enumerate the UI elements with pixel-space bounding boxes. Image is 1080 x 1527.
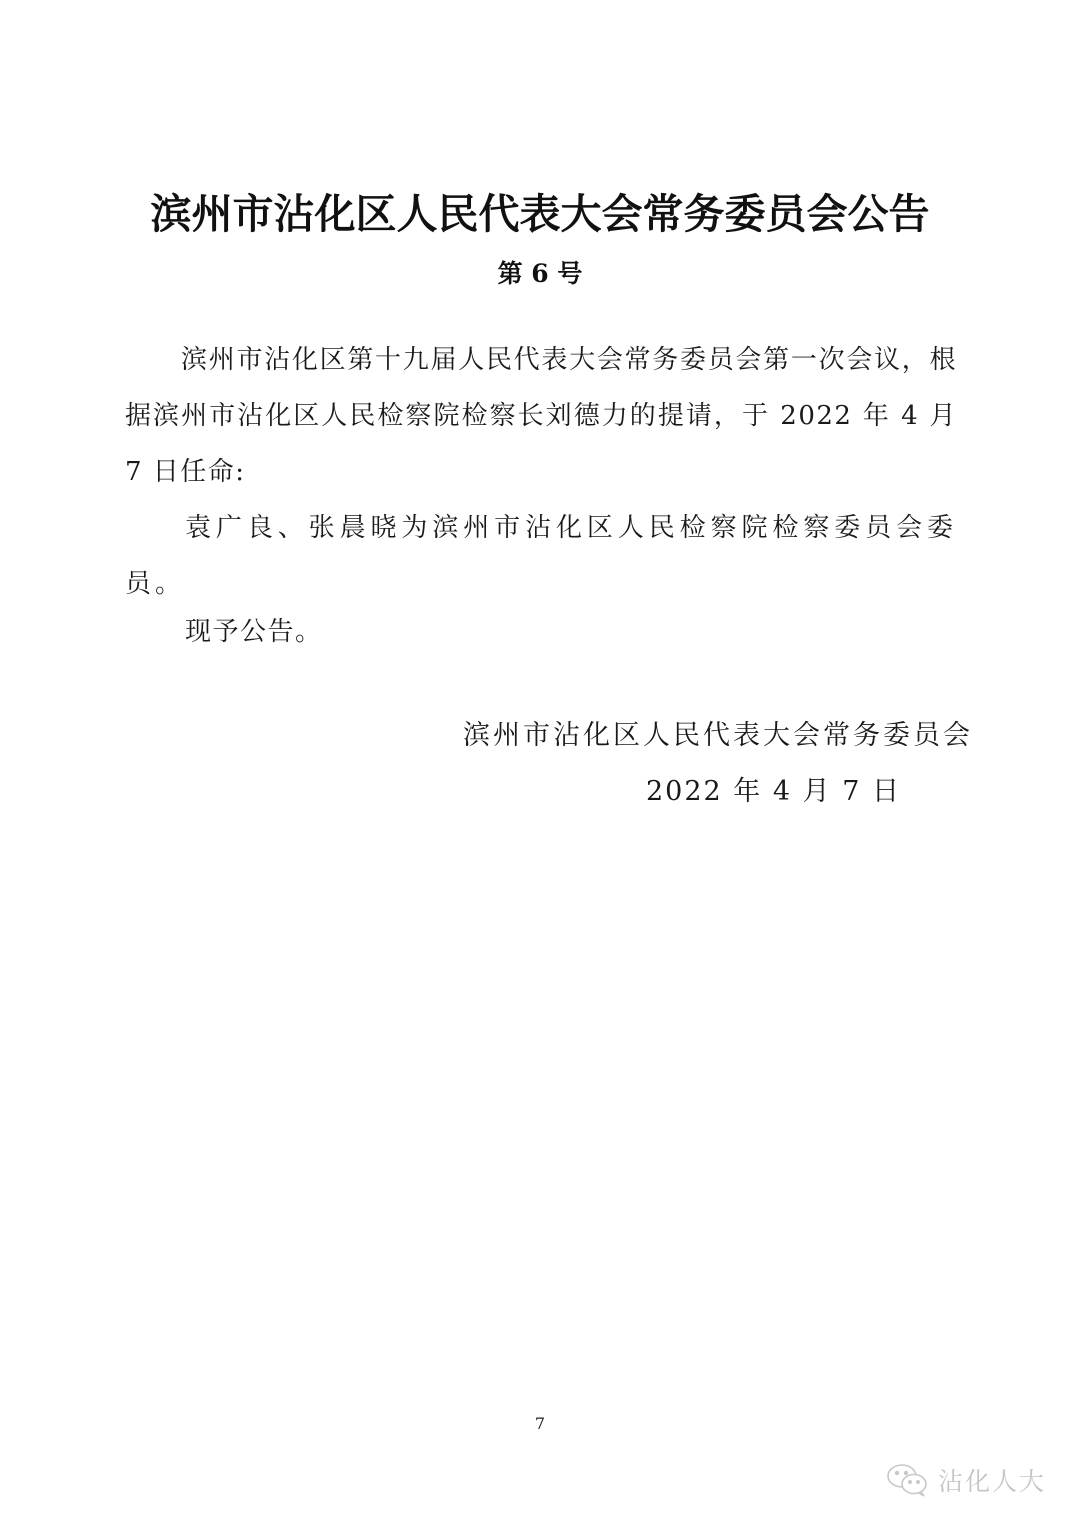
body-paragraph-closing: 现予公告。	[125, 604, 957, 660]
wechat-icon	[886, 1463, 930, 1497]
watermark: 沾化人大	[886, 1462, 1046, 1498]
signature-organization: 滨州市沾化区人民代表大会常务委员会	[463, 716, 973, 756]
document-number: 第 6 号	[0, 256, 1080, 292]
body-paragraph-appointees: 袁广良、张晨晓为滨州市沾化区人民检察院检察委员会委员。	[125, 500, 957, 612]
body-paragraph-appointment-context: 滨州市沾化区第十九届人民代表大会常务委员会第一次会议，根据滨州市沾化区人民检察院…	[125, 332, 957, 500]
signature-date: 2022 年 4 月 7 日	[646, 772, 901, 812]
document-title: 滨州市沾化区人民代表大会常务委员会公告	[0, 188, 1080, 240]
watermark-text: 沾化人大	[938, 1462, 1046, 1498]
page-number: 7	[0, 1412, 1080, 1436]
